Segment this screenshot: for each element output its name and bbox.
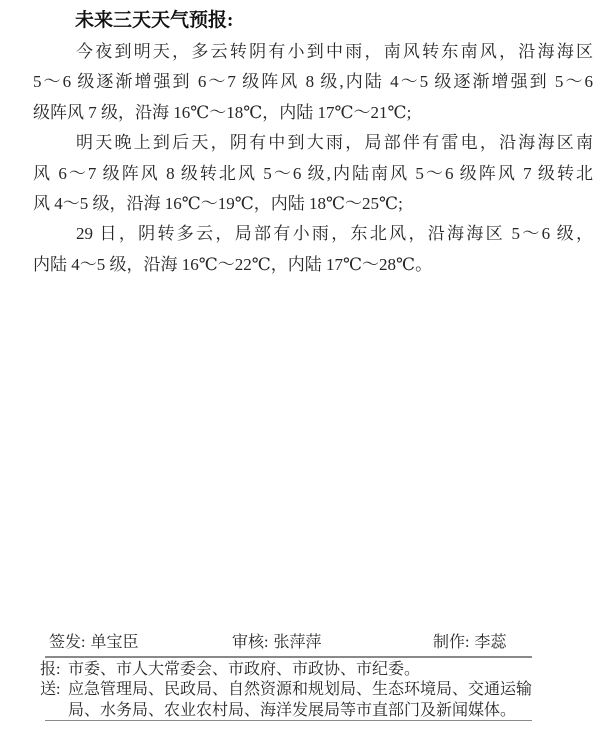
signoff-issuer-name: 单宝臣 bbox=[90, 634, 138, 651]
report-label: 报: bbox=[40, 660, 68, 680]
distribution-block: 报: 市委、市人大常委会、市政府、市政协、市纪委。 送: 应急管理局、民政局、自… bbox=[40, 660, 538, 721]
distribution-report-row: 报: 市委、市人大常委会、市政府、市政协、市纪委。 bbox=[40, 660, 538, 680]
distribution-send-row-continued: 局、水务局、农业农村局、海洋发展局等市直部门及新闻媒体。 bbox=[40, 701, 538, 721]
forecast-line: 明天晚上到后天，阴有中到大雨，局部伴有雷电，沿海海区南 bbox=[33, 128, 593, 158]
forecast-line: 级阵风 7 级，沿海 16℃～18℃，内陆 17℃～21℃; bbox=[33, 98, 593, 128]
forecast-line: 内陆 4～5 级，沿海 16℃～22℃，内陆 17℃～28℃。 bbox=[33, 250, 593, 280]
forecast-line: 风 6～7 级阵风 8 级转北风 5～6 级,内陆南风 5～6 级阵风 7 级转… bbox=[33, 159, 593, 189]
send-recipients-line2: 局、水务局、农业农村局、海洋发展局等市直部门及新闻媒体。 bbox=[68, 701, 538, 721]
document-title: 未来三天天气预报: bbox=[75, 8, 233, 34]
signoff-producer: 制作:李蕊 bbox=[433, 633, 506, 653]
signoff-reviewer-label: 审核: bbox=[232, 634, 268, 651]
divider-line-top bbox=[45, 656, 532, 658]
distribution-send-row: 送: 应急管理局、民政局、自然资源和规划局、生态环境局、交通运输 bbox=[40, 680, 538, 700]
document-page: 未来三天天气预报: 今夜到明天，多云转阴有小到中雨，南风转东南风，沿海海区 5～… bbox=[0, 0, 599, 750]
forecast-line: 5～6 级逐渐增强到 6～7 级阵风 8 级,内陆 4～5 级逐渐增强到 5～6 bbox=[33, 67, 593, 97]
forecast-line: 风 4～5 级，沿海 16℃～19℃，内陆 18℃～25℃; bbox=[33, 189, 593, 219]
send-recipients-line1: 应急管理局、民政局、自然资源和规划局、生态环境局、交通运输 bbox=[68, 680, 538, 700]
signoff-producer-name: 李蕊 bbox=[474, 634, 506, 651]
divider-line-bottom bbox=[45, 720, 532, 722]
signoff-reviewer: 审核:张萍萍 bbox=[232, 633, 321, 653]
send-label-spacer bbox=[40, 701, 68, 721]
signoff-issuer-label: 签发: bbox=[49, 634, 85, 651]
forecast-line: 29 日，阴转多云，局部有小雨，东北风，沿海海区 5～6 级， bbox=[33, 219, 593, 249]
signoff-issuer: 签发:单宝臣 bbox=[49, 633, 138, 653]
signoff-reviewer-name: 张萍萍 bbox=[273, 634, 321, 651]
report-recipients: 市委、市人大常委会、市政府、市政协、市纪委。 bbox=[68, 660, 538, 680]
signoff-producer-label: 制作: bbox=[433, 634, 469, 651]
forecast-body: 今夜到明天，多云转阴有小到中雨，南风转东南风，沿海海区 5～6 级逐渐增强到 6… bbox=[33, 37, 593, 280]
forecast-line: 今夜到明天，多云转阴有小到中雨，南风转东南风，沿海海区 bbox=[33, 37, 593, 67]
send-label: 送: bbox=[40, 680, 68, 700]
